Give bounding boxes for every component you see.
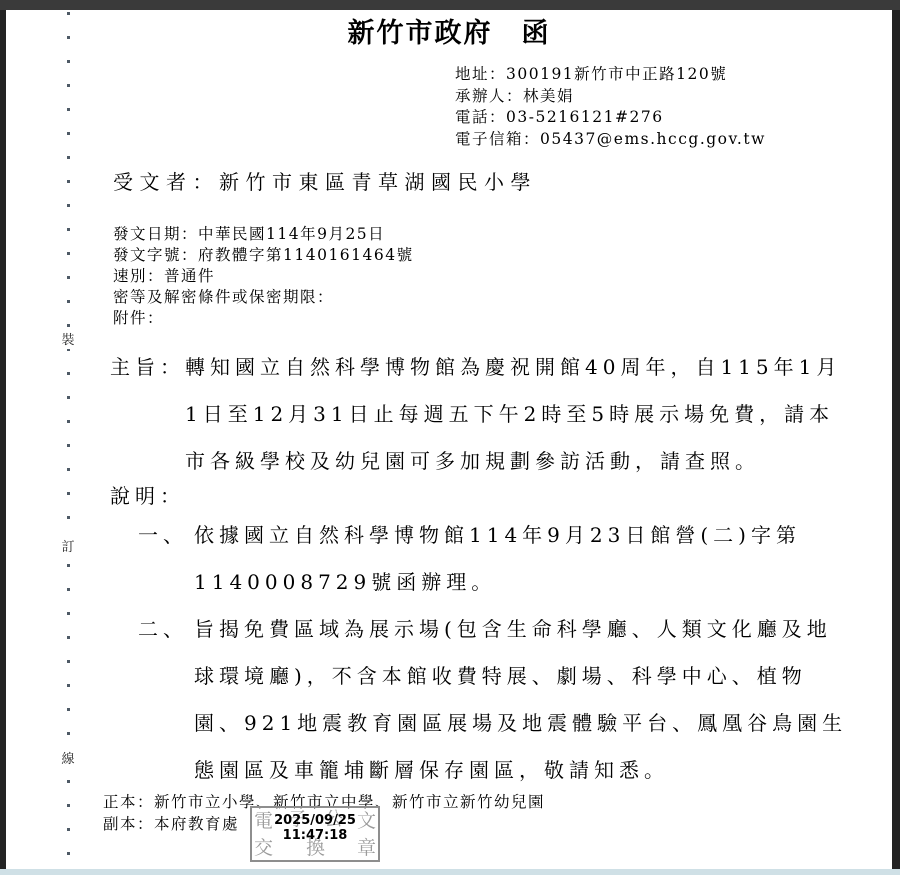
item-line: 園、921地震教育園區展場及地震體驗平台、鳳凰谷鳥園生 [194,700,847,747]
subject-line: 1日至12月31日止每週五下午2時至5時展示場免費，請本 [185,391,841,438]
binding-mark-ding: 訂 [58,540,78,556]
sender-email: 電子信箱：05437@ems.hccg.gov.tw [455,129,766,151]
sender-contact-person: 承辦人：林美娟 [455,86,766,108]
item-paragraph: 依據國立自然科學博物館114年9月23日館營(二)字第 1140008729號函… [194,512,801,606]
sender-contact-block: 地址：300191新竹市中正路120號 承辦人：林美娟 電話：03-521612… [455,64,766,150]
stamp-date: 2025/09/25 [252,813,378,828]
sender-phone: 電話：03-5216121#276 [455,107,766,129]
subject-paragraph: 轉知國立自然科學博物館為慶祝開館40周年，自115年1月 1日至12月31日止每… [185,344,841,485]
window-right-edge [892,10,900,869]
meta-issue-date: 發文日期：中華民國114年9月25日 [113,224,414,245]
subject-line: 市各級學校及幼兒園可多加規劃參訪活動，請查照。 [185,438,841,485]
explanation-item-2: 二、 旨揭免費區域為展示場(包含生命科學廳、人類文化廳及地 球環境廳)，不含本館… [138,606,847,794]
subject-line: 轉知國立自然科學博物館為慶祝開館40周年，自115年1月 [185,344,841,391]
stamp-time: 11:47:18 [252,828,378,843]
window-left-edge [0,10,6,869]
item-paragraph: 旨揭免費區域為展示場(包含生命科學廳、人類文化廳及地 球環境廳)，不含本館收費特… [194,606,847,794]
electronic-exchange-stamp: 電 子 公 文 交 換 章 2025/09/25 11:47:18 [250,806,380,862]
binding-dotted-line [67,12,70,866]
window-bottom-strip [0,869,900,875]
item-line: 旨揭免費區域為展示場(包含生命科學廳、人類文化廳及地 [194,606,847,653]
meta-speed: 速別：普通件 [113,266,414,287]
item-line: 態園區及車籠埔斷層保存園區，敬請知悉。 [194,747,847,794]
item-line: 球環境廳)，不含本館收費特展、劇場、科學中心、植物 [194,653,847,700]
item-line: 1140008729號函辦理。 [194,559,801,606]
item-number: 一、 [138,512,194,606]
recipient-line: 受文者：新竹市東區青草湖國民小學 [113,167,537,197]
subject-section: 主旨： 轉知國立自然科學博物館為慶祝開館40周年，自115年1月 1日至12月3… [110,344,841,485]
subject-label: 主旨： [110,344,185,485]
meta-doc-number: 發文字號：府教體字第1140161464號 [113,245,414,266]
item-number: 二、 [138,606,194,794]
window-top-edge [0,0,900,10]
item-line: 依據國立自然科學博物館114年9月23日館營(二)字第 [194,512,801,559]
meta-block: 發文日期：中華民國114年9月25日 發文字號：府教體字第1140161464號… [113,224,414,329]
meta-security: 密等及解密條件或保密期限： [113,287,414,308]
binding-mark-zhuang: 裝 [58,333,78,349]
sender-address: 地址：300191新竹市中正路120號 [455,64,766,86]
binding-mark-xian: 線 [58,752,78,768]
document-title: 新竹市政府 函 [6,16,892,52]
meta-attachment: 附件： [113,308,414,329]
explanation-item-1: 一、 依據國立自然科學博物館114年9月23日館營(二)字第 114000872… [138,512,801,606]
